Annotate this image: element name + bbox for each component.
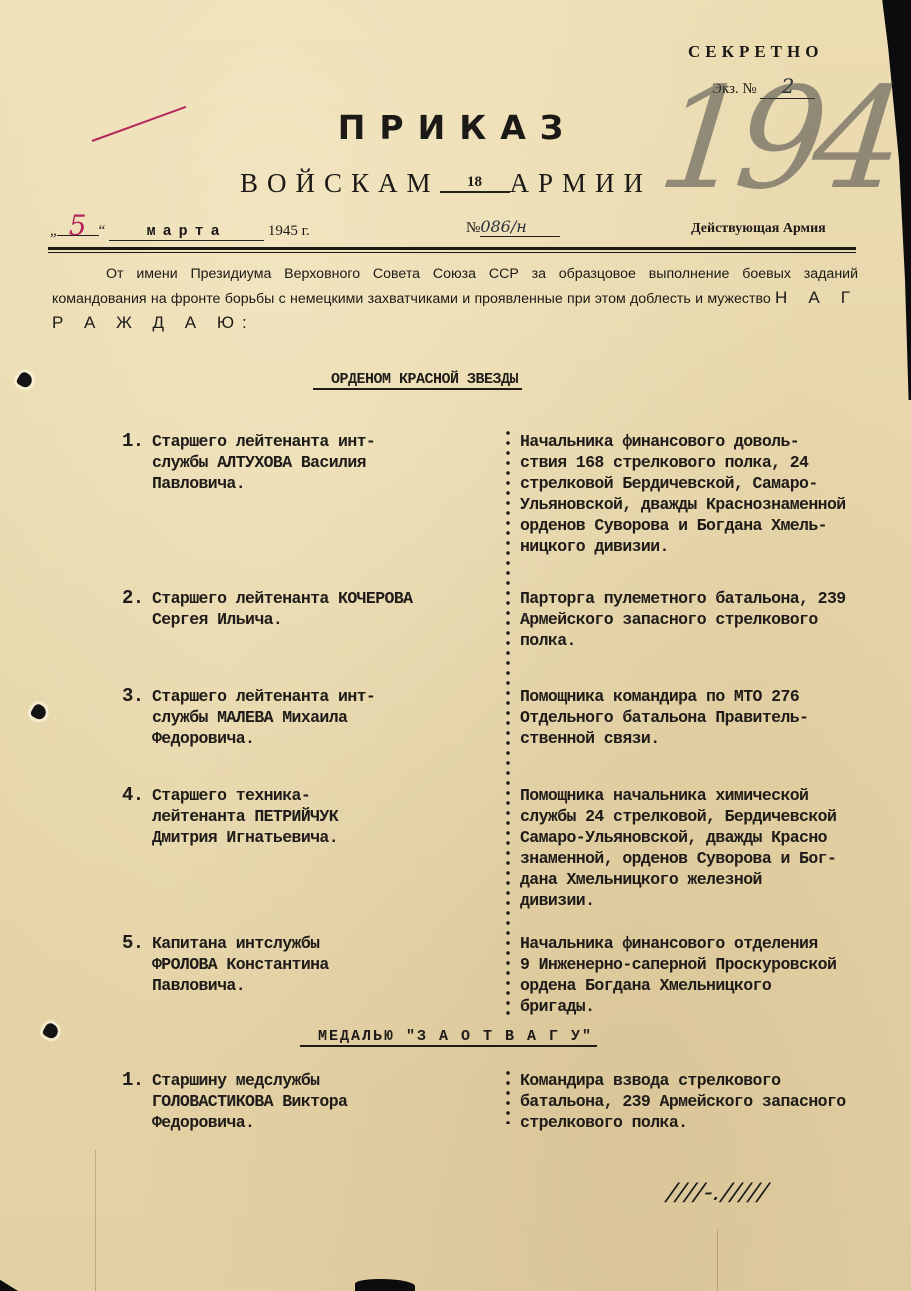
- entry-number: 1.: [122, 1070, 144, 1091]
- title-text: ПРИКАЗ: [338, 108, 577, 147]
- paper-tear: [355, 1279, 415, 1291]
- entry-number: 4.: [122, 785, 144, 806]
- entry-position: Помощника командира по МТО 276 Отдельног…: [520, 686, 911, 749]
- entry-position: Помощника начальника химической службы 2…: [520, 785, 911, 911]
- entry-name: Старшего техника- лейтенанта ПЕТРИЙЧУК Д…: [152, 785, 492, 848]
- subtitle-suffix: АРМИИ: [510, 168, 653, 198]
- document-title: ПРИКАЗ: [0, 108, 911, 147]
- field-army-label: Действующая Армия: [691, 221, 826, 237]
- document-subtitle: ВОЙСКАМ18АРМИИ: [240, 168, 652, 199]
- header-divider: [48, 247, 856, 250]
- entry-number: 5.: [122, 933, 144, 954]
- entry-number: 1.: [122, 431, 144, 452]
- header-divider-thin: [48, 252, 856, 253]
- entry-name: Старшего лейтенанта инт- службы АЛТУХОВА…: [152, 431, 492, 494]
- order-date: „5“ марта 1945 г.: [50, 217, 310, 241]
- entry-name: Старшего лейтенанта инт- службы МАЛЕВА М…: [152, 686, 492, 749]
- entry-name: Старшину медслужбы ГОЛОВАСТИКОВА Виктора…: [152, 1070, 492, 1133]
- paper-crease: [95, 1150, 96, 1291]
- entry-name: Старшего лейтенанта КОЧЕРОВА Сергея Ильи…: [152, 588, 492, 630]
- subtitle-prefix: ВОЙСКАМ: [240, 168, 440, 198]
- date-day: 5: [57, 217, 99, 236]
- entry-position: Парторга пулеметного батальона, 239 Арме…: [520, 588, 911, 651]
- scan-background-edge: [0, 1277, 18, 1291]
- entry-number: 3.: [122, 686, 144, 707]
- entry-position: Начальника финансового доволь- ствия 168…: [520, 431, 911, 557]
- entry-position: Начальника финансового отделения 9 Инжен…: [520, 933, 911, 1017]
- document-page: СЕКРЕТНО Экз. № 2 194 ПРИКАЗ ВОЙСКАМ18АР…: [0, 0, 911, 1291]
- date-month: марта: [109, 223, 264, 241]
- punch-hole: [15, 370, 34, 389]
- army-number: 18: [440, 174, 510, 193]
- date-year: 1945 г.: [268, 223, 310, 239]
- order-number: №086/н: [466, 217, 560, 237]
- entry-name: Капитана интслужбы ФРОЛОВА Константина П…: [152, 933, 492, 996]
- entry-position: Командира взвода стрелкового батальона, …: [520, 1070, 911, 1133]
- section-heading-red-star: ОРДЕНОМ КРАСНОЙ ЗВЕЗДЫ: [313, 371, 522, 390]
- punch-hole: [29, 702, 48, 721]
- column-divider-dots: [505, 428, 511, 1020]
- order-number-label: №: [466, 220, 480, 236]
- entry-number: 2.: [122, 588, 144, 609]
- order-number-value: 086/н: [480, 217, 560, 237]
- award-preamble: От имени Президиума Верховного Совета Со…: [52, 262, 858, 336]
- column-divider-dots: [505, 1068, 511, 1124]
- paper-crease: [717, 1230, 718, 1291]
- punch-hole: [41, 1021, 60, 1040]
- section-heading-bravery-medal: МЕДАЛЬЮ "З А О Т В А Г У": [300, 1028, 597, 1047]
- handwritten-tally-mark: ////-./////: [665, 1178, 771, 1206]
- preamble-text: От имени Президиума Верховного Совета Со…: [52, 266, 858, 307]
